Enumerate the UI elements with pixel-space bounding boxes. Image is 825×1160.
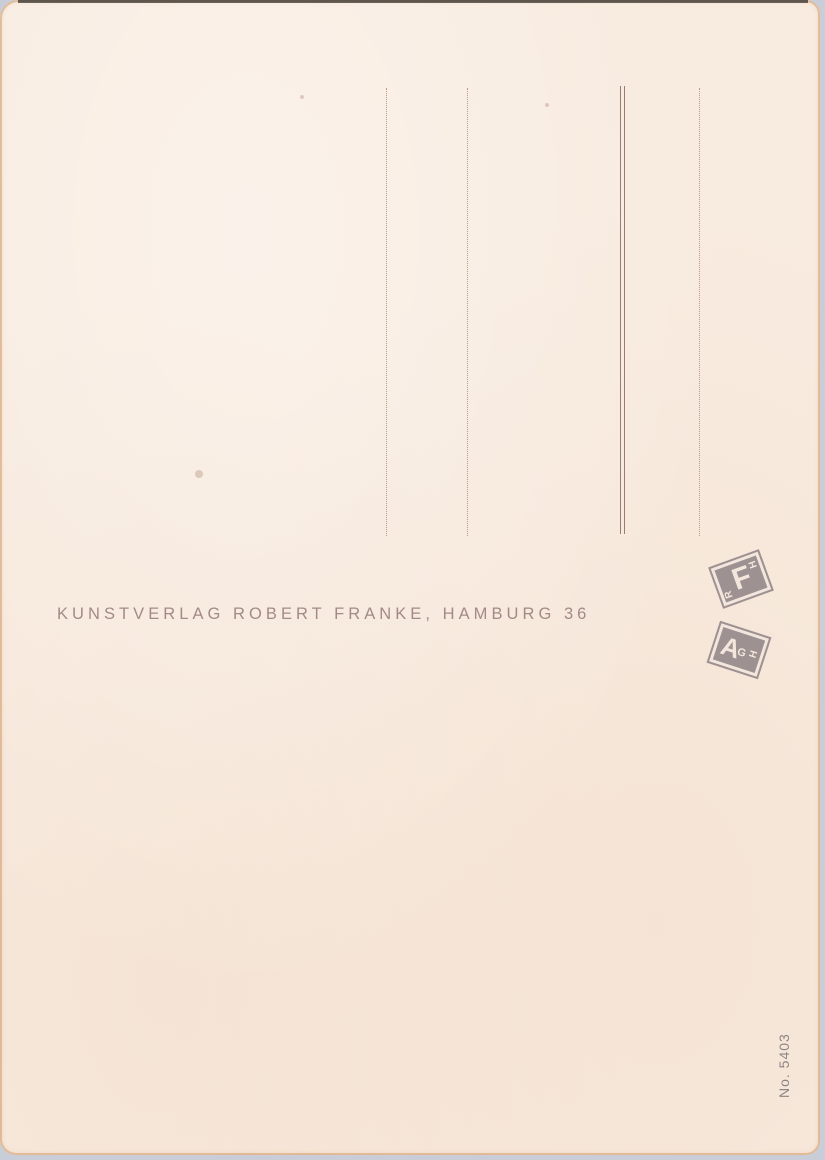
- card-top-edge: [18, 0, 808, 3]
- paper-speck: [195, 470, 203, 478]
- logo-letter-h: H: [747, 649, 760, 659]
- logo-letter-h: H: [747, 559, 760, 570]
- postcard-back: KUNSTVERLAG ROBERT FRANKE, HAMBURG 36 F …: [0, 0, 820, 1155]
- agh-logo-icon: A G H: [709, 623, 769, 676]
- address-line-divider: [467, 88, 468, 536]
- logo-letter-g: G: [736, 646, 748, 660]
- paper-speck: [545, 103, 549, 107]
- paper-speck: [300, 95, 304, 99]
- card-number: No. 5403: [776, 1033, 792, 1098]
- logo-letter-r: R: [723, 589, 736, 600]
- rfh-logo-icon: F R H: [711, 552, 772, 607]
- publisher-imprint: KUNSTVERLAG ROBERT FRANKE, HAMBURG 36: [57, 605, 590, 624]
- center-divider: [620, 86, 625, 534]
- address-line-divider: [386, 88, 387, 536]
- address-line-divider: [699, 88, 700, 536]
